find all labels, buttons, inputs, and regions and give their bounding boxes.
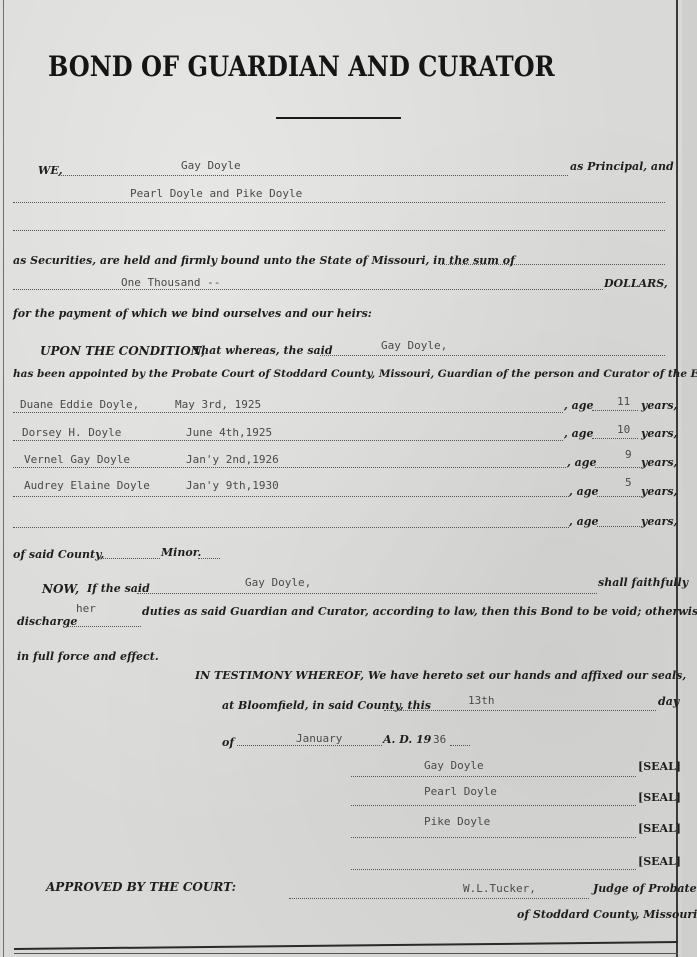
minor-birthdate: May 3rd, 1925 xyxy=(175,398,261,411)
minor-name: Dorsey H. Doyle xyxy=(22,426,121,439)
day-blank xyxy=(384,710,656,711)
minor-blank xyxy=(13,467,566,468)
sum-blank-top xyxy=(440,264,665,265)
minor-blank xyxy=(13,440,563,441)
years-label: years, xyxy=(641,456,677,469)
signature-line xyxy=(351,869,636,870)
month-blank xyxy=(237,745,382,746)
principal-blank xyxy=(58,175,568,176)
now-blank xyxy=(137,593,597,594)
signature-name: Gay Doyle xyxy=(424,759,484,772)
securities-blank xyxy=(13,202,665,203)
years-label: years, xyxy=(641,427,677,440)
page-edge-left xyxy=(3,0,4,957)
minor-age: 11 xyxy=(617,395,630,408)
age-label: , age xyxy=(569,485,598,498)
age-label: , age xyxy=(569,515,598,528)
now-name: Gay Doyle, xyxy=(245,576,311,589)
age-blank xyxy=(592,438,638,439)
approved-label: APPROVED BY THE COURT: xyxy=(46,880,236,894)
county-label: of said County, xyxy=(13,548,104,561)
full-force-text: in full force and effect. xyxy=(17,650,159,663)
minor-blank xyxy=(13,412,563,413)
signature-line xyxy=(351,776,636,777)
ad-label: A. D. 19 xyxy=(383,733,431,746)
seal-label: [SEAL] xyxy=(638,822,681,835)
year-blank-tail xyxy=(450,745,470,746)
age-label: , age xyxy=(567,456,596,469)
appointed-sentence: has been appointed by the Probate Court … xyxy=(13,368,697,380)
minor-label: Minor. xyxy=(161,546,201,559)
age-label: , age xyxy=(564,427,593,440)
signature-name: Pearl Doyle xyxy=(424,785,497,798)
years-label: years, xyxy=(641,399,677,412)
as-principal-label: as Principal, and xyxy=(570,160,674,173)
page-margin-right xyxy=(682,0,697,957)
day-label: day xyxy=(658,695,679,708)
minor-name: Vernel Gay Doyle xyxy=(24,453,130,466)
signature-line xyxy=(351,805,636,806)
minor-name: Audrey Elaine Doyle xyxy=(24,479,150,492)
month-value: January xyxy=(296,732,342,745)
minor-name: Duane Eddie Doyle, xyxy=(20,398,139,411)
judge-signature-line xyxy=(289,898,589,899)
age-blank xyxy=(597,526,640,527)
securities-names: Pearl Doyle and Pike Doyle xyxy=(130,187,302,200)
duties-text: duties as said Guardian and Curator, acc… xyxy=(142,605,697,618)
minor-blank xyxy=(13,496,569,497)
minor-age: 9 xyxy=(625,448,632,461)
securities-blank-2 xyxy=(13,230,665,231)
age-blank xyxy=(592,410,638,411)
minor-blank xyxy=(13,527,569,528)
now-lead: NOW, xyxy=(42,582,79,596)
testimony-text: IN TESTIMONY WHEREOF, We have hereto set… xyxy=(195,669,686,682)
principal-name: Gay Doyle xyxy=(181,159,241,172)
title-underline xyxy=(276,117,401,119)
minor-birthdate: June 4th,1925 xyxy=(186,426,272,439)
seal-label: [SEAL] xyxy=(638,760,681,773)
minor-birthdate: Jan'y 9th,1930 xyxy=(186,479,279,492)
condition-lead: UPON THE CONDITION, xyxy=(40,344,205,358)
age-blank xyxy=(595,467,640,468)
discharge-pronoun: her xyxy=(76,602,96,615)
seal-label: [SEAL] xyxy=(638,791,681,804)
minor-blank-tail xyxy=(198,558,220,559)
bottom-rule-thin xyxy=(14,953,678,954)
of-label: of xyxy=(222,736,234,749)
day-value: 13th xyxy=(468,694,495,707)
judge-name: W.L.Tucker, xyxy=(463,882,536,895)
year-value: 36 xyxy=(433,733,446,746)
county-blank xyxy=(103,558,160,559)
condition-blank xyxy=(320,355,665,356)
age-label: , age xyxy=(564,399,593,412)
judge-title: Judge of Probate xyxy=(593,882,697,895)
county-footer: of Stoddard County, Missouri. xyxy=(517,908,697,921)
bottom-rule xyxy=(14,941,678,950)
minor-age: 10 xyxy=(617,423,630,436)
payment-sentence: for the payment of which we bind ourselv… xyxy=(13,307,372,320)
years-label: years, xyxy=(641,485,677,498)
signature-name: Pike Doyle xyxy=(424,815,490,828)
dollars-label: DOLLARS, xyxy=(604,277,668,290)
seal-label: [SEAL] xyxy=(638,855,681,868)
sum-blank xyxy=(13,289,603,290)
years-label: years, xyxy=(641,515,677,528)
minor-age: 5 xyxy=(625,476,632,489)
condition-name: Gay Doyle, xyxy=(381,339,447,352)
securities-sentence: as Securities, are held and firmly bound… xyxy=(13,254,515,267)
faithfully-label: shall faithfully xyxy=(598,576,688,589)
age-blank xyxy=(597,496,640,497)
discharge-blank xyxy=(66,626,141,627)
document-title: BOND OF GUARDIAN AND CURATOR xyxy=(48,50,555,83)
bond-document-page: BOND OF GUARDIAN AND CURATOR WE, Gay Doy… xyxy=(0,0,697,957)
signature-line xyxy=(351,837,636,838)
sum-amount: One Thousand -- xyxy=(121,276,220,289)
minor-birthdate: Jan'y 2nd,1926 xyxy=(186,453,279,466)
page-edge-right xyxy=(676,0,678,957)
condition-text: That whereas, the said xyxy=(193,344,333,357)
